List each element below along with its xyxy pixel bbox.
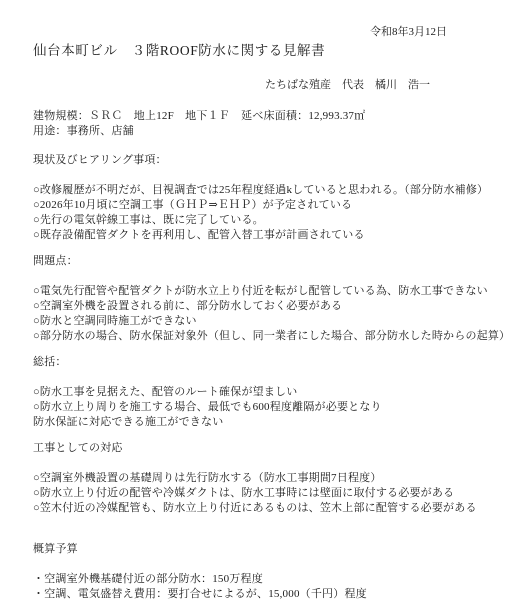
document-page: 令和8年3月12日 仙台本町ビル ３階ROOF防水に関する見解書 たちばな殖産 … xyxy=(0,0,514,600)
section-heading: 工事としての対応 xyxy=(33,441,490,456)
building-scale-line: 建物規模：ＳＲＣ 地上12F 地下１Ｆ 延べ床面積：12,993.37㎡ xyxy=(33,109,490,124)
body-line: ○2026年10月頃に空調工事（ＧＨＰ⇒ＥＨＰ）が予定されている xyxy=(33,198,490,213)
body-line: ○部分防水の場合、防水保証対象外（但し、同一業者にした場合、部分防水した時からの… xyxy=(33,329,490,344)
body-line: ○空調室外機を設置される前に、部分防水しておく必要がある xyxy=(33,299,490,314)
body-line: ○空調室外機設置の基礎周りは先行防水する（防水工事期間7日程度） xyxy=(33,471,490,486)
body-line: ・空調室外機基礎付近の部分防水：150万程度 xyxy=(33,572,490,587)
section-heading: 概算予算 xyxy=(33,542,490,557)
body-line: ○防水と空調同時施工ができない xyxy=(33,314,490,329)
section-3: 総括：○防水工事を見据えた、配管のルート確保が望ましい○防水立上り周りを施工する… xyxy=(33,355,490,430)
body-line: ○既存設備配管ダクトを再利用し、配管入替工事が計画されている xyxy=(33,228,490,243)
section-heading: 現状及びヒアリング事項： xyxy=(33,153,490,168)
body-line: ○防水立上り周りを施工する場合、最低でも600程度離隔が必要となり xyxy=(33,400,490,415)
document-date: 令和8年3月12日 xyxy=(370,26,490,39)
body-line: ○笠木付近の冷媒配管も、防水立上り付近にあるものは、笠木上部に配管する必要がある xyxy=(33,501,490,516)
body-line: ○先行の電気幹線工事は、既に完了している。 xyxy=(33,213,490,228)
section-2: 問題点：○電気先行配管や配管ダクトが防水立上り付近を転がし配管している為、防水工… xyxy=(33,254,490,344)
building-usage-line: 用途：事務所、店舗 xyxy=(33,124,490,139)
attribution-line: たちばな殖産 代表 橘川 浩一 xyxy=(265,78,490,92)
section-1: 現状及びヒアリング事項：○改修履歴が不明だが、目視調査では25年程度経過kしてい… xyxy=(33,153,490,243)
section-4: 工事としての対応○空調室外機設置の基礎周りは先行防水する（防水工事期間7日程度）… xyxy=(33,441,490,516)
document-sections: 現状及びヒアリング事項：○改修履歴が不明だが、目視調査では25年程度経過kしてい… xyxy=(33,153,490,600)
building-info: 建物規模：ＳＲＣ 地上12F 地下１Ｆ 延べ床面積：12,993.37㎡ 用途：… xyxy=(33,109,490,139)
body-line: ○改修履歴が不明だが、目視調査では25年程度経過kしていると思われる。（部分防水… xyxy=(33,183,490,198)
body-line: ○防水工事を見据えた、配管のルート確保が望ましい xyxy=(33,385,490,400)
body-line: ○電気先行配管や配管ダクトが防水立上り付近を転がし配管している為、防水工事できな… xyxy=(33,284,490,299)
body-line: ○防水立上り付近の配管や冷媒ダクトは、防水工事時には壁面に取付する必要がある xyxy=(33,486,490,501)
section-heading: 問題点： xyxy=(33,254,490,269)
section-5: 概算予算・空調室外機基礎付近の部分防水：150万程度・空調、電気盛替え費用：要打… xyxy=(33,542,490,600)
body-line: 防水保証に対応できる施工ができない xyxy=(33,415,490,430)
body-line: ・空調、電気盛替え費用：要打合せによるが、15,000（千円）程度 xyxy=(33,587,490,600)
section-heading: 総括： xyxy=(33,355,490,370)
document-title: 仙台本町ビル ３階ROOF防水に関する見解書 xyxy=(33,42,490,59)
